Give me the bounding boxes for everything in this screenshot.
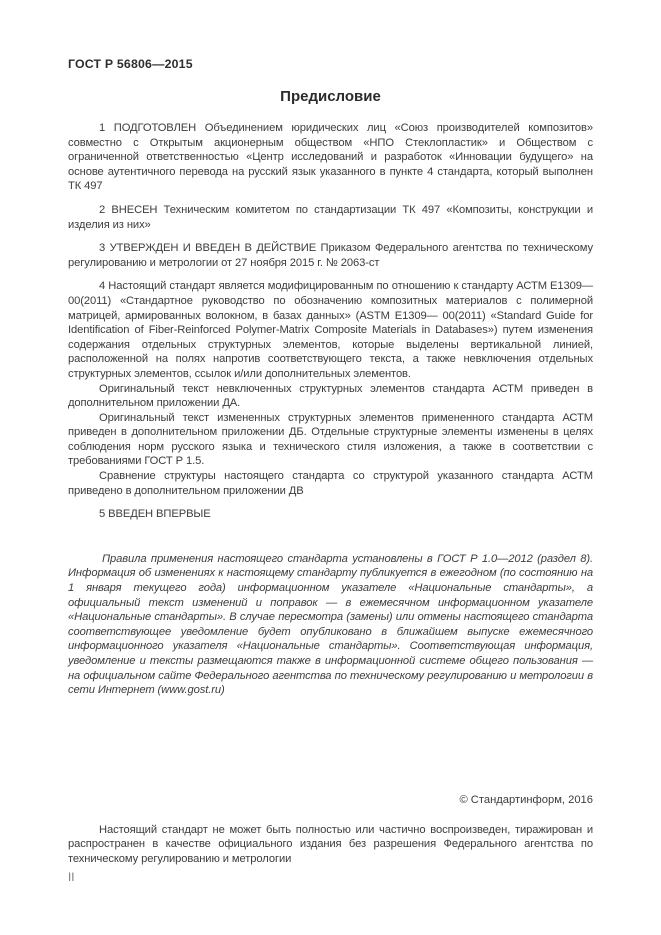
foreword-item-first-issued: 5 ВВЕДЕН ВПЕРВЫЕ [68, 507, 593, 522]
foreword-item-submitted: 2 ВНЕСЕН Техническим комитетом по станда… [68, 203, 593, 232]
page-title: Предисловие [68, 88, 593, 105]
document-code: ГОСТ Р 56806—2015 [68, 57, 593, 71]
foreword-item-approved: 3 УТВЕРЖДЕН И ВВЕДЕН В ДЕЙСТВИЕ Приказом… [68, 241, 593, 270]
foreword-item-modified-standard: 4 Настоящий стандарт является модифициро… [68, 279, 593, 381]
copyright-notice: © Стандартинформ, 2016 [68, 793, 593, 807]
foreword-item-prepared: 1 ПОДГОТОВЛЕН Объединением юридических л… [68, 121, 593, 194]
foreword-note-annex-db: Оригинальный текст измененных структурны… [68, 411, 593, 469]
foreword-note-annex-da: Оригинальный текст невключенных структур… [68, 382, 593, 411]
page-number: II [68, 871, 593, 885]
foreword-note-annex-dv: Сравнение структуры настоящего стандарта… [68, 469, 593, 498]
document-page: ГОСТ Р 56806—2015 Предисловие 1 ПОДГОТОВ… [0, 0, 661, 935]
application-rules-notice: Правила применения настоящего стандарта … [68, 552, 593, 698]
reproduction-restriction-notice: Настоящий стандарт не может быть полност… [68, 823, 593, 867]
